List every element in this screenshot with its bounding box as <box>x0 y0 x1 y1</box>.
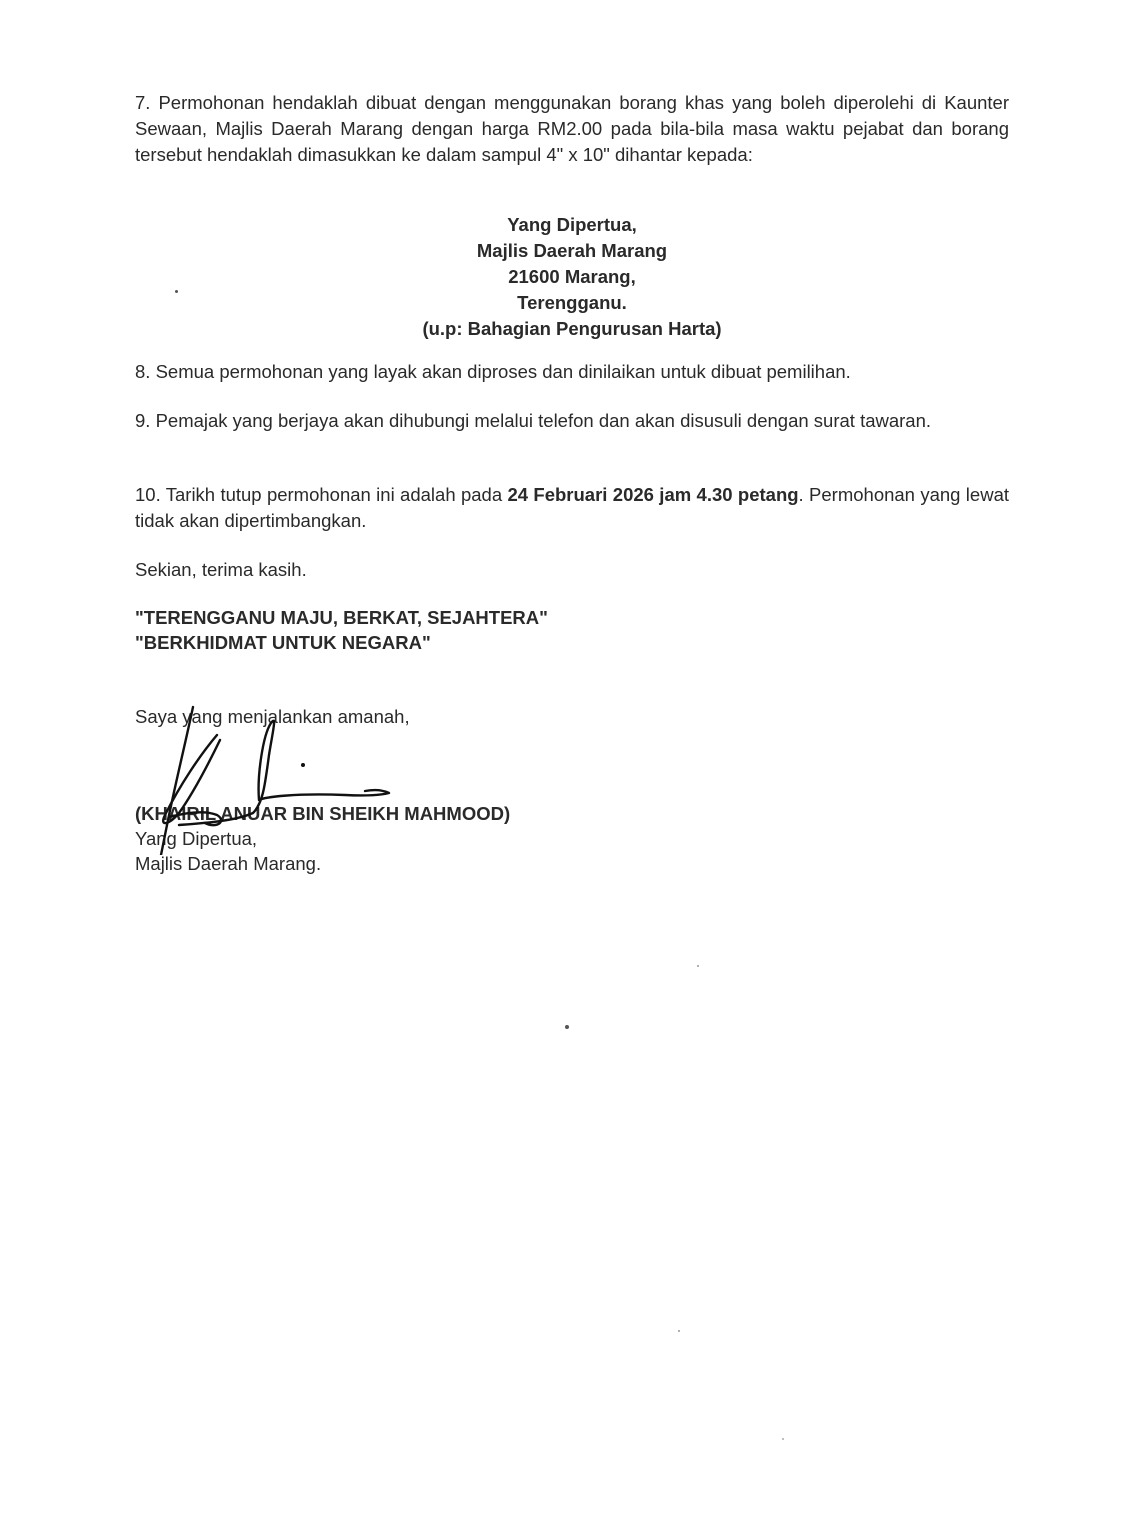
scan-speck <box>678 1330 680 1332</box>
closing-remark: Sekian, terima kasih. <box>135 557 307 583</box>
address-line-3: 21600 Marang, <box>135 264 1009 290</box>
paragraph-8: 8. Semua permohonan yang layak akan dipr… <box>135 359 1009 385</box>
mottos: "TERENGGANU MAJU, BERKAT, SEJAHTERA" "BE… <box>135 605 548 655</box>
motto-berkhidmat: "BERKHIDMAT UNTUK NEGARA" <box>135 630 548 655</box>
scan-speck <box>175 290 178 293</box>
paragraph-10: 10. Tarikh tutup permohonan ini adalah p… <box>135 482 1009 534</box>
paragraph-10-prefix: 10. Tarikh tutup permohonan ini adalah p… <box>135 484 507 505</box>
paragraph-9: 9. Pemajak yang berjaya akan dihubungi m… <box>135 408 1009 434</box>
paragraph-7: 7. Permohonan hendaklah dibuat dengan me… <box>135 90 1009 168</box>
scan-speck <box>782 1438 784 1440</box>
closing-deadline: 24 Februari 2026 jam 4.30 petang <box>507 484 798 505</box>
recipient-address: Yang Dipertua, Majlis Daerah Marang 2160… <box>135 212 1009 342</box>
motto-terengganu: "TERENGGANU MAJU, BERKAT, SEJAHTERA" <box>135 605 548 630</box>
address-line-4: Terengganu. <box>135 290 1009 316</box>
address-line-1: Yang Dipertua, <box>135 212 1009 238</box>
address-line-2: Majlis Daerah Marang <box>135 238 1009 264</box>
scan-speck <box>697 965 699 967</box>
address-line-5: (u.p: Bahagian Pengurusan Harta) <box>135 316 1009 342</box>
handwritten-signature <box>145 695 405 855</box>
scan-speck <box>565 1025 569 1029</box>
